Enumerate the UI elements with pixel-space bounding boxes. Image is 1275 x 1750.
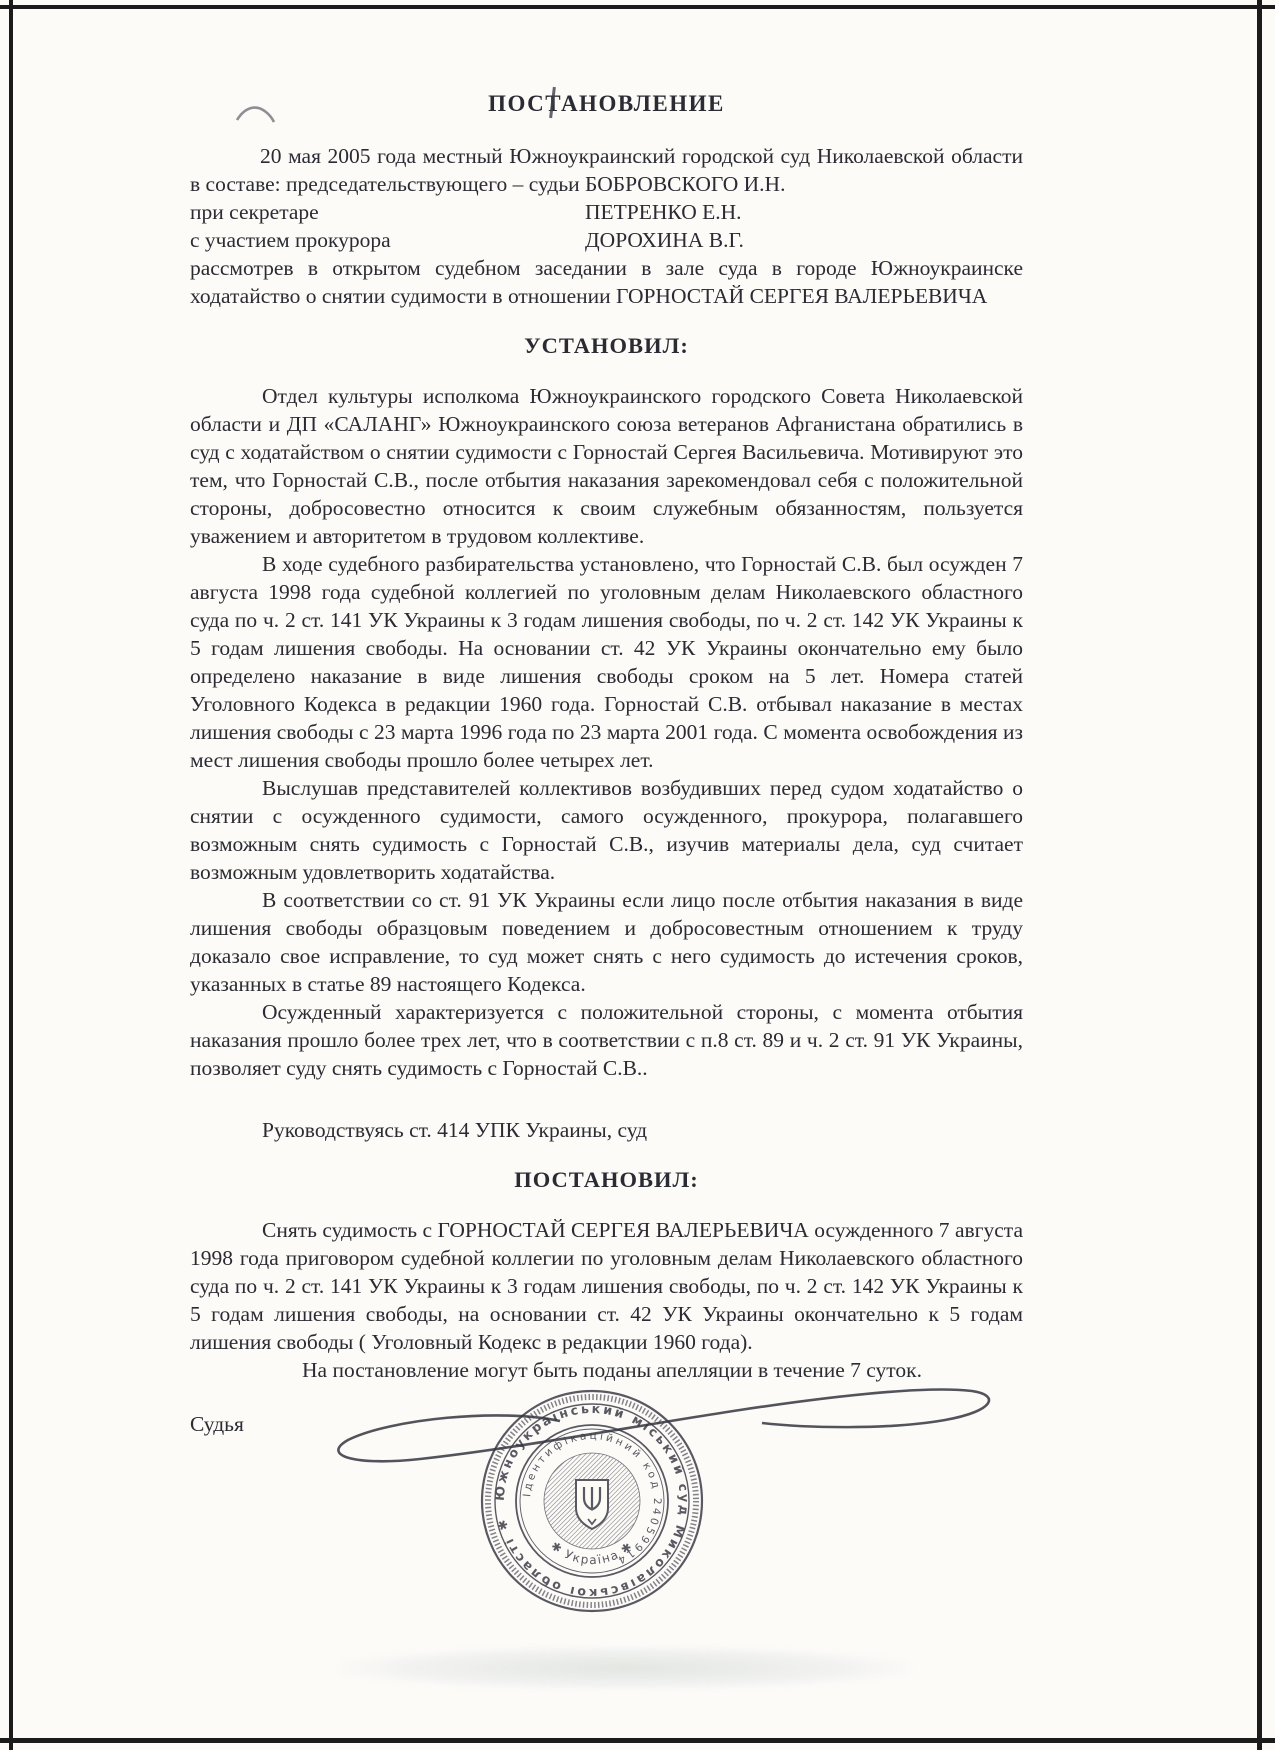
established-heading: УСТАНОВИЛ: — [190, 332, 1023, 360]
scanned-court-resolution-page: ПОСТАНОВЛЕНИЕ 20 мая 2005 года местный Ю… — [0, 0, 1275, 1750]
secretary-name: ПЕТРЕНКО Е.Н. — [585, 198, 742, 226]
resolved-paragraph-2: На постановление могут быть поданы апелл… — [190, 1356, 1023, 1384]
intro-date-line: 20 мая 2005 года местный Южноукраинский … — [190, 142, 1023, 170]
secretary-row: при секретаре ПЕТРЕНКО Е.Н. — [190, 198, 1023, 226]
court-seal: Южноукраїнський міський суд Миколаївсько… — [477, 1386, 707, 1616]
guided-by-line: Руководствуясь ст. 414 УПК Украины, суд — [190, 1116, 1023, 1144]
resolved-heading: ПОСТАНОВИЛ: — [190, 1166, 1023, 1194]
scan-edge-left — [9, 0, 13, 1750]
document-body: ПОСТАНОВЛЕНИЕ 20 мая 2005 года местный Ю… — [190, 90, 1023, 1438]
court-intro: 20 мая 2005 года местный Южноукраинский … — [190, 142, 1023, 310]
scan-edge-right — [1257, 0, 1262, 1750]
trident-icon — [576, 1480, 608, 1529]
prosecutor-row: с участием прокурора ДОРОХИНА В.Г. — [190, 226, 1023, 254]
prosecutor-name: ДОРОХИНА В.Г. — [585, 226, 744, 254]
scan-edge-top — [0, 5, 1275, 9]
established-paragraph-5: Осужденный характеризуется с положительн… — [190, 998, 1023, 1082]
squiggle-artifact — [234, 102, 278, 128]
resolved-paragraph-1: Снять судимость с ГОРНОСТАЙ СЕРГЕЯ ВАЛЕР… — [190, 1216, 1023, 1356]
intro-composition-line: в составе: председательствующего – судьи… — [190, 170, 1023, 198]
established-paragraph-3: Выслушав представителей коллективов возб… — [190, 774, 1023, 886]
scan-edge-bottom — [0, 1738, 1275, 1743]
prosecutor-label: с участием прокурора — [190, 226, 585, 254]
established-paragraph-4: В соответствии со ст. 91 УК Украины если… — [190, 886, 1023, 998]
intro-petition-line: ходатайство о снятии судимости в отношен… — [190, 282, 1023, 310]
established-paragraph-1: Отдел культуры исполкома Южноукраинского… — [190, 382, 1023, 550]
document-title: ПОСТАНОВЛЕНИЕ — [190, 90, 1023, 118]
bleed-through-smudge — [340, 1646, 910, 1690]
secretary-label: при секретаре — [190, 198, 585, 226]
established-paragraph-2: В ходе судебного разбирательства установ… — [190, 550, 1023, 774]
intro-hearing-line: рассмотрев в открытом судебном заседании… — [190, 254, 1023, 282]
